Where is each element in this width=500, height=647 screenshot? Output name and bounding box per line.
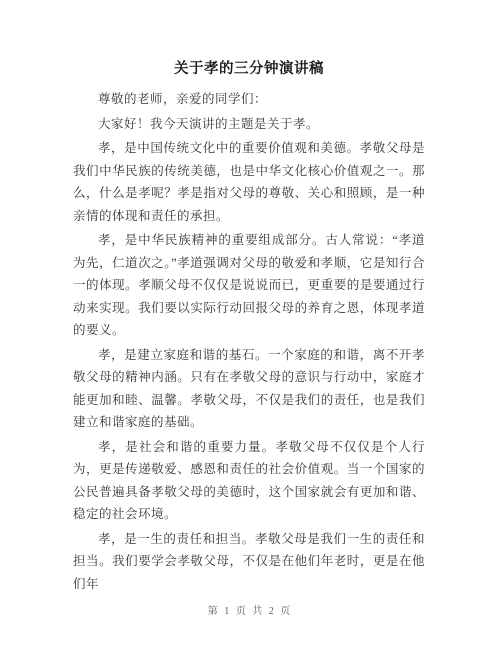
page-footer: 第 1 页 共 2 页 — [0, 602, 500, 617]
paragraph-body-2: 孝，是中华民族精神的重要组成部分。古人常说：“孝道为先，仁道次之。”孝道强调对父… — [73, 229, 425, 342]
document-title: 关于孝的三分钟演讲稿 — [73, 57, 425, 78]
paragraph-body-4: 孝，是社会和谐的重要力量。孝敬父母不仅仅是个人行为，更是传递敬爱、感恩和责任的社… — [73, 436, 425, 526]
paragraph-salutation: 尊敬的老师，亲爱的同学们： — [73, 88, 425, 111]
document-body: 尊敬的老师，亲爱的同学们： 大家好！我今天演讲的主题是关于孝。 孝，是中国传统文… — [73, 88, 425, 595]
document-page: 关于孝的三分钟演讲稿 尊敬的老师，亲爱的同学们： 大家好！我今天演讲的主题是关于… — [0, 0, 500, 647]
paragraph-body-5: 孝，是一生的责任和担当。孝敬父母是我们一生的责任和担当。我们要学会孝敬父母，不仅… — [73, 528, 425, 596]
paragraph-body-3: 孝，是建立家庭和谐的基石。一个家庭的和谐，离不开孝敬父母的精神内涵。只有在孝敬父… — [73, 344, 425, 434]
page-number: 第 1 页 共 2 页 — [208, 606, 293, 617]
paragraph-body-1: 孝，是中国传统文化中的重要价值观和美德。孝敬父母是我们中华民族的传统美德，也是中… — [73, 137, 425, 227]
paragraph-greeting: 大家好！我今天演讲的主题是关于孝。 — [73, 113, 425, 136]
